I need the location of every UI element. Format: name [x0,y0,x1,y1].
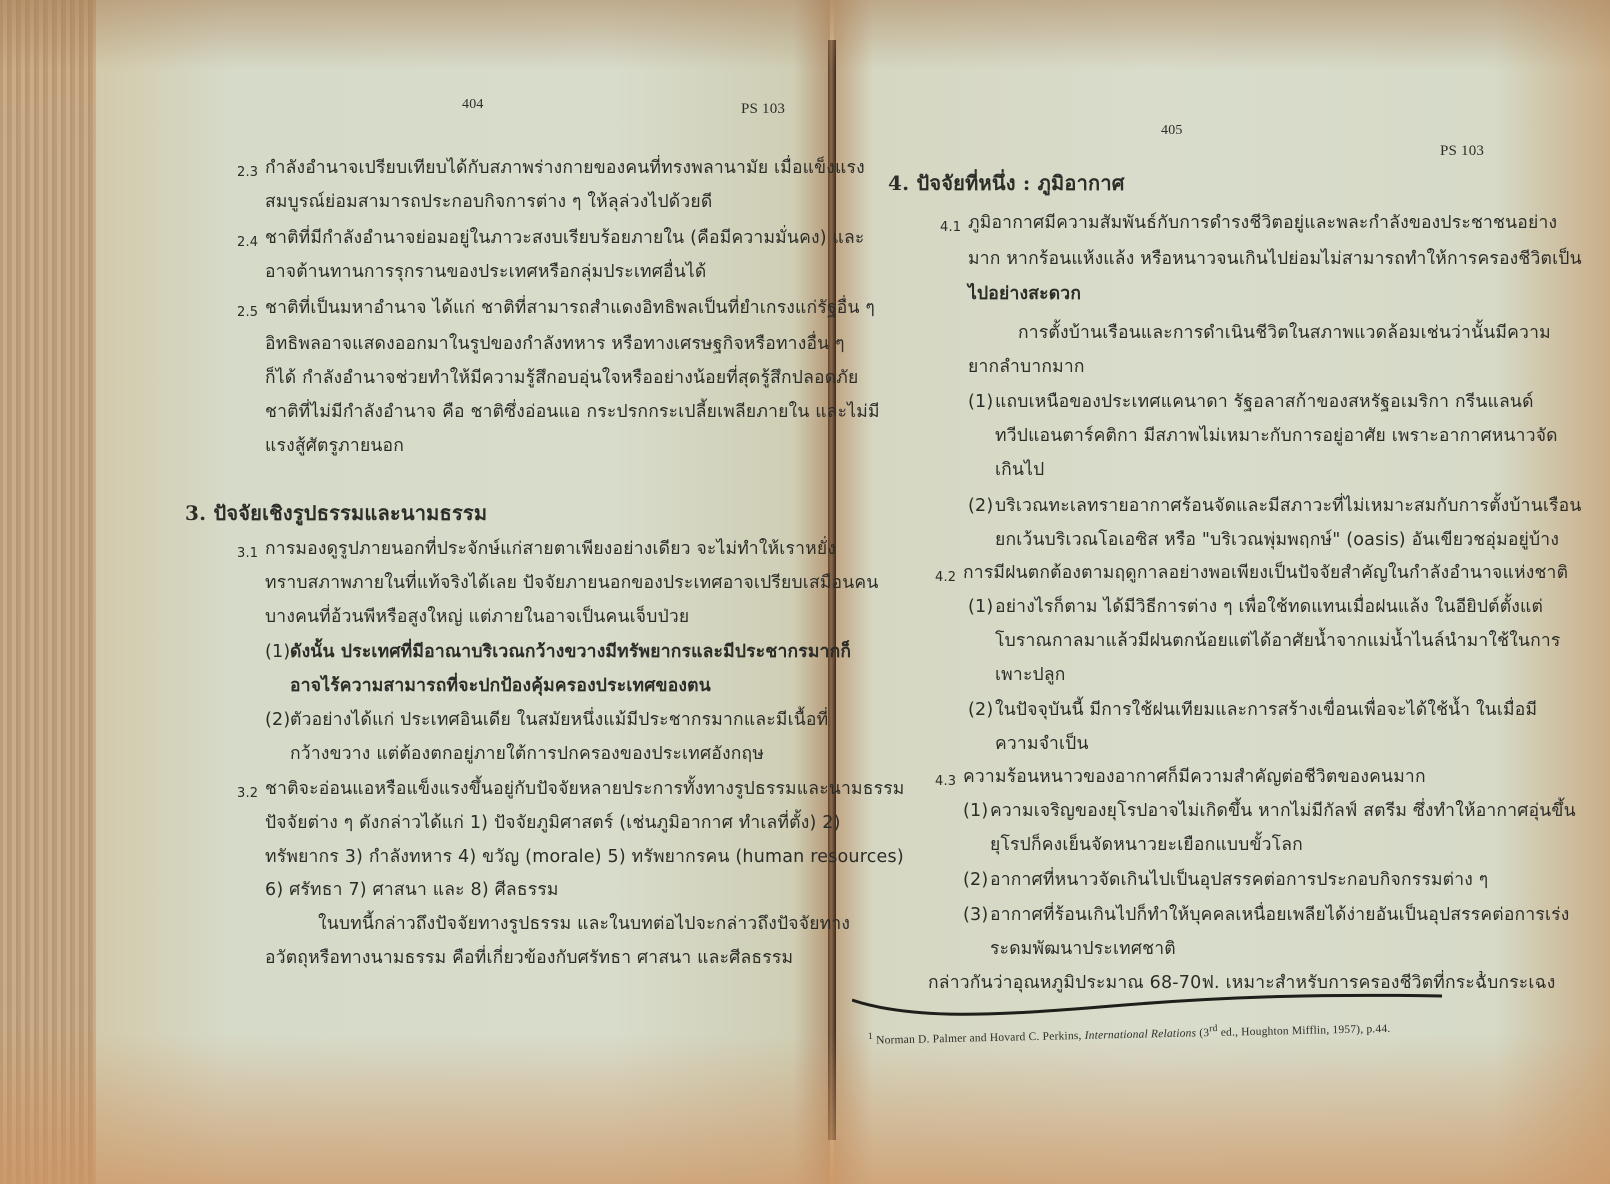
text-line: ชาติที่มีกำลังอำนาจย่อมอยู่ในภาวะสงบเรีย… [265,227,865,249]
section-heading: 3. ปัจจัยเชิงรูปธรรมและนามธรรม [185,502,487,524]
list-marker: (1) [265,641,290,663]
text-line: ในปัจจุบันนี้ มีการใช้ฝนเทียมและการสร้าง… [995,699,1537,721]
text-line: ยากลำบากมาก [968,356,1085,378]
text-line: ชาติจะอ่อนแอหรือแข็งแรงขึ้นอยู่กับปัจจัย… [265,778,905,800]
text-line: อิทธิพลอาจแสดงออกมาในรูปของกำลังทหาร หรื… [265,333,845,355]
text-line: มาก หากร้อนแห้งแล้ง หรือหนาวจนเกินไปย่อม… [968,248,1582,270]
text-line: ดังนั้น ประเทศที่มีอาณาบริเวณกว้างขวางมี… [290,641,851,663]
list-marker: (1) [968,391,993,413]
item-number: 2.3 [237,162,258,184]
text-line: ชาติที่ไม่มีกำลังอำนาจ คือ ชาติซึ่งอ่อนแ… [265,401,880,423]
footnote-edition-sup: rd [1209,1023,1218,1034]
footnote-reference: 1 [1478,965,1485,987]
text-line: ความเจริญของยุโรปอาจไม่เกิดขึ้น หากไม่มี… [990,800,1576,822]
text-line: ก็ได้ กำลังอำนาจช่วยทำให้มีความรู้สึกอบอ… [265,367,858,389]
item-number: 4.1 [940,217,961,239]
footnote-edition: (3 [1196,1027,1209,1039]
item-number: 2.5 [237,302,258,324]
list-marker: (2) [968,495,993,517]
item-number: 2.4 [237,232,258,254]
text-line: ความร้อนหนาวของอากาศก็มีความสำคัญต่อชีวิ… [963,766,1426,788]
text-line: สมบูรณ์ย่อมสามารถประกอบกิจการต่าง ๆ ให้ล… [265,191,712,213]
text-line: อวัตถุหรือทางนามธรรม คือที่เกี่ยวข้องกับ… [265,947,793,969]
page-stack-edge [0,0,100,1184]
text-line: การมองดูรูปภายนอกที่ประจักษ์แก่สายตาเพีย… [265,538,836,560]
open-book: 404 PS 103 2.3 กำลังอำนาจเปรียบเทียบได้ก… [0,0,1610,1184]
text-line: กำลังอำนาจเปรียบเทียบได้กับสภาพร่างกายขอ… [265,157,865,179]
left-page-number: 404 [462,94,484,116]
text-line: ทราบสภาพภายในที่แท้จริงได้เลย ปัจจัยภายน… [265,572,879,594]
text-line: อย่างไรก็ตาม ได้มีวิธีการต่าง ๆ เพื่อใช้… [995,596,1543,618]
footnote-title: International Relations [1085,1027,1197,1042]
left-course-code: PS 103 [741,98,785,120]
text-line: ภูมิอากาศมีความสัมพันธ์กับการดำรงชีวิตอย… [968,212,1557,234]
text-line: ยุโรปก็คงเย็นจัดหนาวยะเยือกแบบขั้วโลก [990,834,1303,856]
footnote-authors: Norman D. Palmer and Hovard C. Perkins, [876,1030,1085,1047]
list-marker: (1) [968,596,993,618]
text-line: การตั้งบ้านเรือนและการดำเนินชีวิตในสภาพแ… [1018,322,1551,344]
text-line: บางคนที่อ้วนพีหรือสูงใหญ่ แต่ภายในอาจเป็… [265,606,689,628]
text-line: เพาะปลูก [995,664,1066,686]
text-line: อากาศที่หนาวจัดเกินไปเป็นอุปสรรคต่อการปร… [990,869,1488,891]
text-line: อาจต้านทานการรุกรานของประเทศหรือกลุ่มประ… [265,261,707,283]
item-number: 4.3 [935,771,956,793]
text-line: กว้างขวาง แต่ต้องตกอยู่ภายใต้การปกครองขอ… [290,743,764,765]
text-line: ความจำเป็น [995,733,1089,755]
text-line: เกินไป [995,459,1044,481]
text-line: ไปอย่างสะดวก [968,283,1081,305]
list-marker: (2) [968,699,993,721]
list-marker: (1) [963,800,988,822]
text-line: ตัวอย่างได้แก่ ประเทศอินเดีย ในสมัยหนึ่ง… [290,709,828,731]
text-line: ในบทนี้กล่าวถึงปัจจัยทางรูปธรรม และในบทต… [318,913,850,935]
text-line: ยกเว้นบริเวณโอเอซิส หรือ "บริเวณพุ่มพฤกษ… [995,529,1559,551]
text-line: 6) ศรัทธา 7) ศาสนา และ 8) ศีลธรรม [265,879,559,901]
item-number: 4.2 [935,567,956,589]
text-line: การมีฝนตกต้องตามฤดูกาลอย่างพอเพียงเป็นปั… [963,562,1568,584]
text-line: อาจไร้ความสามารถที่จะปกป้องคุ้มครองประเท… [290,675,711,697]
text-line: ปัจจัยต่าง ๆ ดังกล่าวได้แก่ 1) ปัจจัยภูม… [265,812,841,834]
text-line: แถบเหนือของประเทศแคนาดา รัฐอลาสก้าของสหร… [995,391,1534,413]
footnote-marker: 1 [868,1031,873,1042]
text-line: ทวีปแอนตาร์คติกา มีสภาพไม่เหมาะกับการอยู… [995,425,1558,447]
text-line: บริเวณทะเลทรายอากาศร้อนจัดและมีสภาวะที่ไ… [995,495,1582,517]
right-page-number: 405 [1161,120,1183,142]
section-heading: 4. ปัจจัยที่หนึ่ง : ภูมิอากาศ [888,172,1125,194]
top-shadow [0,0,1610,70]
list-marker: (2) [265,709,290,731]
item-number: 3.2 [237,783,258,805]
item-number: 3.1 [237,543,258,565]
text-line: อากาศที่ร้อนเกินไปก็ทำให้บุคคลเหนื่อยเพล… [990,904,1570,926]
list-marker: (3) [963,904,988,926]
text-line: ชาติที่เป็นมหาอำนาจ ได้แก่ ชาติที่สามารถ… [265,297,875,319]
text-line: โบราณกาลมาแล้วมีฝนตกน้อยแต่ได้อาศัยน้ำจา… [995,630,1561,652]
list-marker: (2) [963,869,988,891]
bottom-shadow [0,1034,1610,1184]
text-line: แรงสู้ศัตรูภายนอก [265,435,404,457]
text-line: ระดมพัฒนาประเทศชาติ [990,938,1176,960]
footnote-publisher: ed., Houghton Mifflin, 1957), p.44. [1218,1023,1391,1039]
right-course-code: PS 103 [1440,140,1484,162]
text-line: ทรัพยากร 3) กำลังทหาร 4) ขวัญ (morale) 5… [265,846,904,868]
